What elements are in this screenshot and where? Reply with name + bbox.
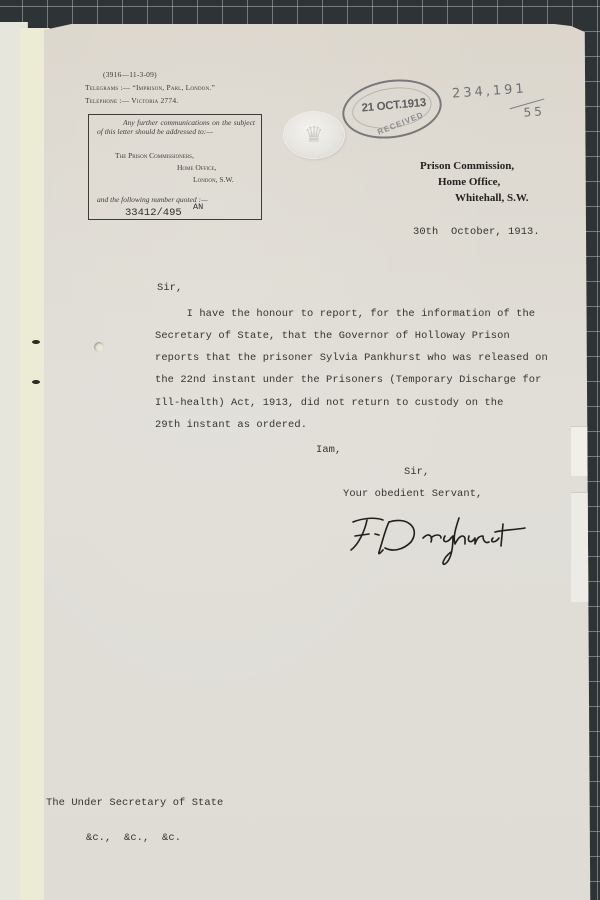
pencil-denominator: 55	[523, 104, 545, 119]
address-instructions: Any further communications on the subjec…	[89, 115, 261, 136]
letterhead-line-1: Prison Commission,	[420, 160, 514, 172]
punch-hole	[94, 342, 104, 352]
correspondence-address-box: Any further communications on the subjec…	[88, 114, 262, 220]
closing-servant: Your obedient Servant,	[343, 488, 482, 500]
closing-i-am: Iam,	[316, 444, 341, 456]
body-line-3: reports that the prisoner Sylvia Pankhur…	[155, 352, 548, 364]
salutation: Sir,	[157, 282, 182, 294]
addressee: The Under Secretary of State	[46, 797, 223, 809]
telephone-line: Telephone :— Victoria 2774.	[85, 94, 215, 107]
letterhead-line-2: Home Office,	[438, 176, 500, 188]
print-reference: (3916—11-3-09)	[85, 68, 215, 81]
address-line-1: The Prison Commissioners,	[115, 151, 194, 161]
body-line-5: Ill-health) Act, 1913, did not return to…	[155, 397, 503, 409]
telegrams-line: Telegrams :— “Imprison, Parl, London.”	[85, 81, 215, 94]
letterhead-line-3: Whitehall, S.W.	[455, 192, 529, 204]
reference-number: 33412/495	[125, 207, 182, 219]
handwritten-signature: F. J. Dryhurst	[345, 508, 545, 568]
body-line-6: 29th instant as ordered.	[155, 419, 307, 431]
body-line-4: the 22nd instant under the Prisoners (Te…	[155, 374, 541, 386]
body-line-2: Secretary of State, that the Governor of…	[155, 330, 510, 342]
quote-number-label: and the following number quoted :—	[97, 195, 208, 204]
embossed-royal-seal-icon: ♛	[284, 112, 344, 158]
reference-suffix: AN	[193, 202, 203, 212]
binding-stitch	[32, 340, 40, 344]
letter-date: 30th October, 1913.	[413, 226, 540, 238]
address-line-3: London, S.W.	[193, 175, 234, 185]
printed-header: (3916—11-3-09) Telegrams :— “Imprison, P…	[85, 68, 215, 107]
binding-stitch	[32, 380, 40, 384]
addressee-etc: &c., &c., &c.	[86, 832, 181, 844]
closing-sir: Sir,	[404, 466, 429, 478]
address-line-2: Home Office,	[177, 163, 216, 173]
body-line-1: I have the honour to report, for the inf…	[155, 308, 535, 320]
